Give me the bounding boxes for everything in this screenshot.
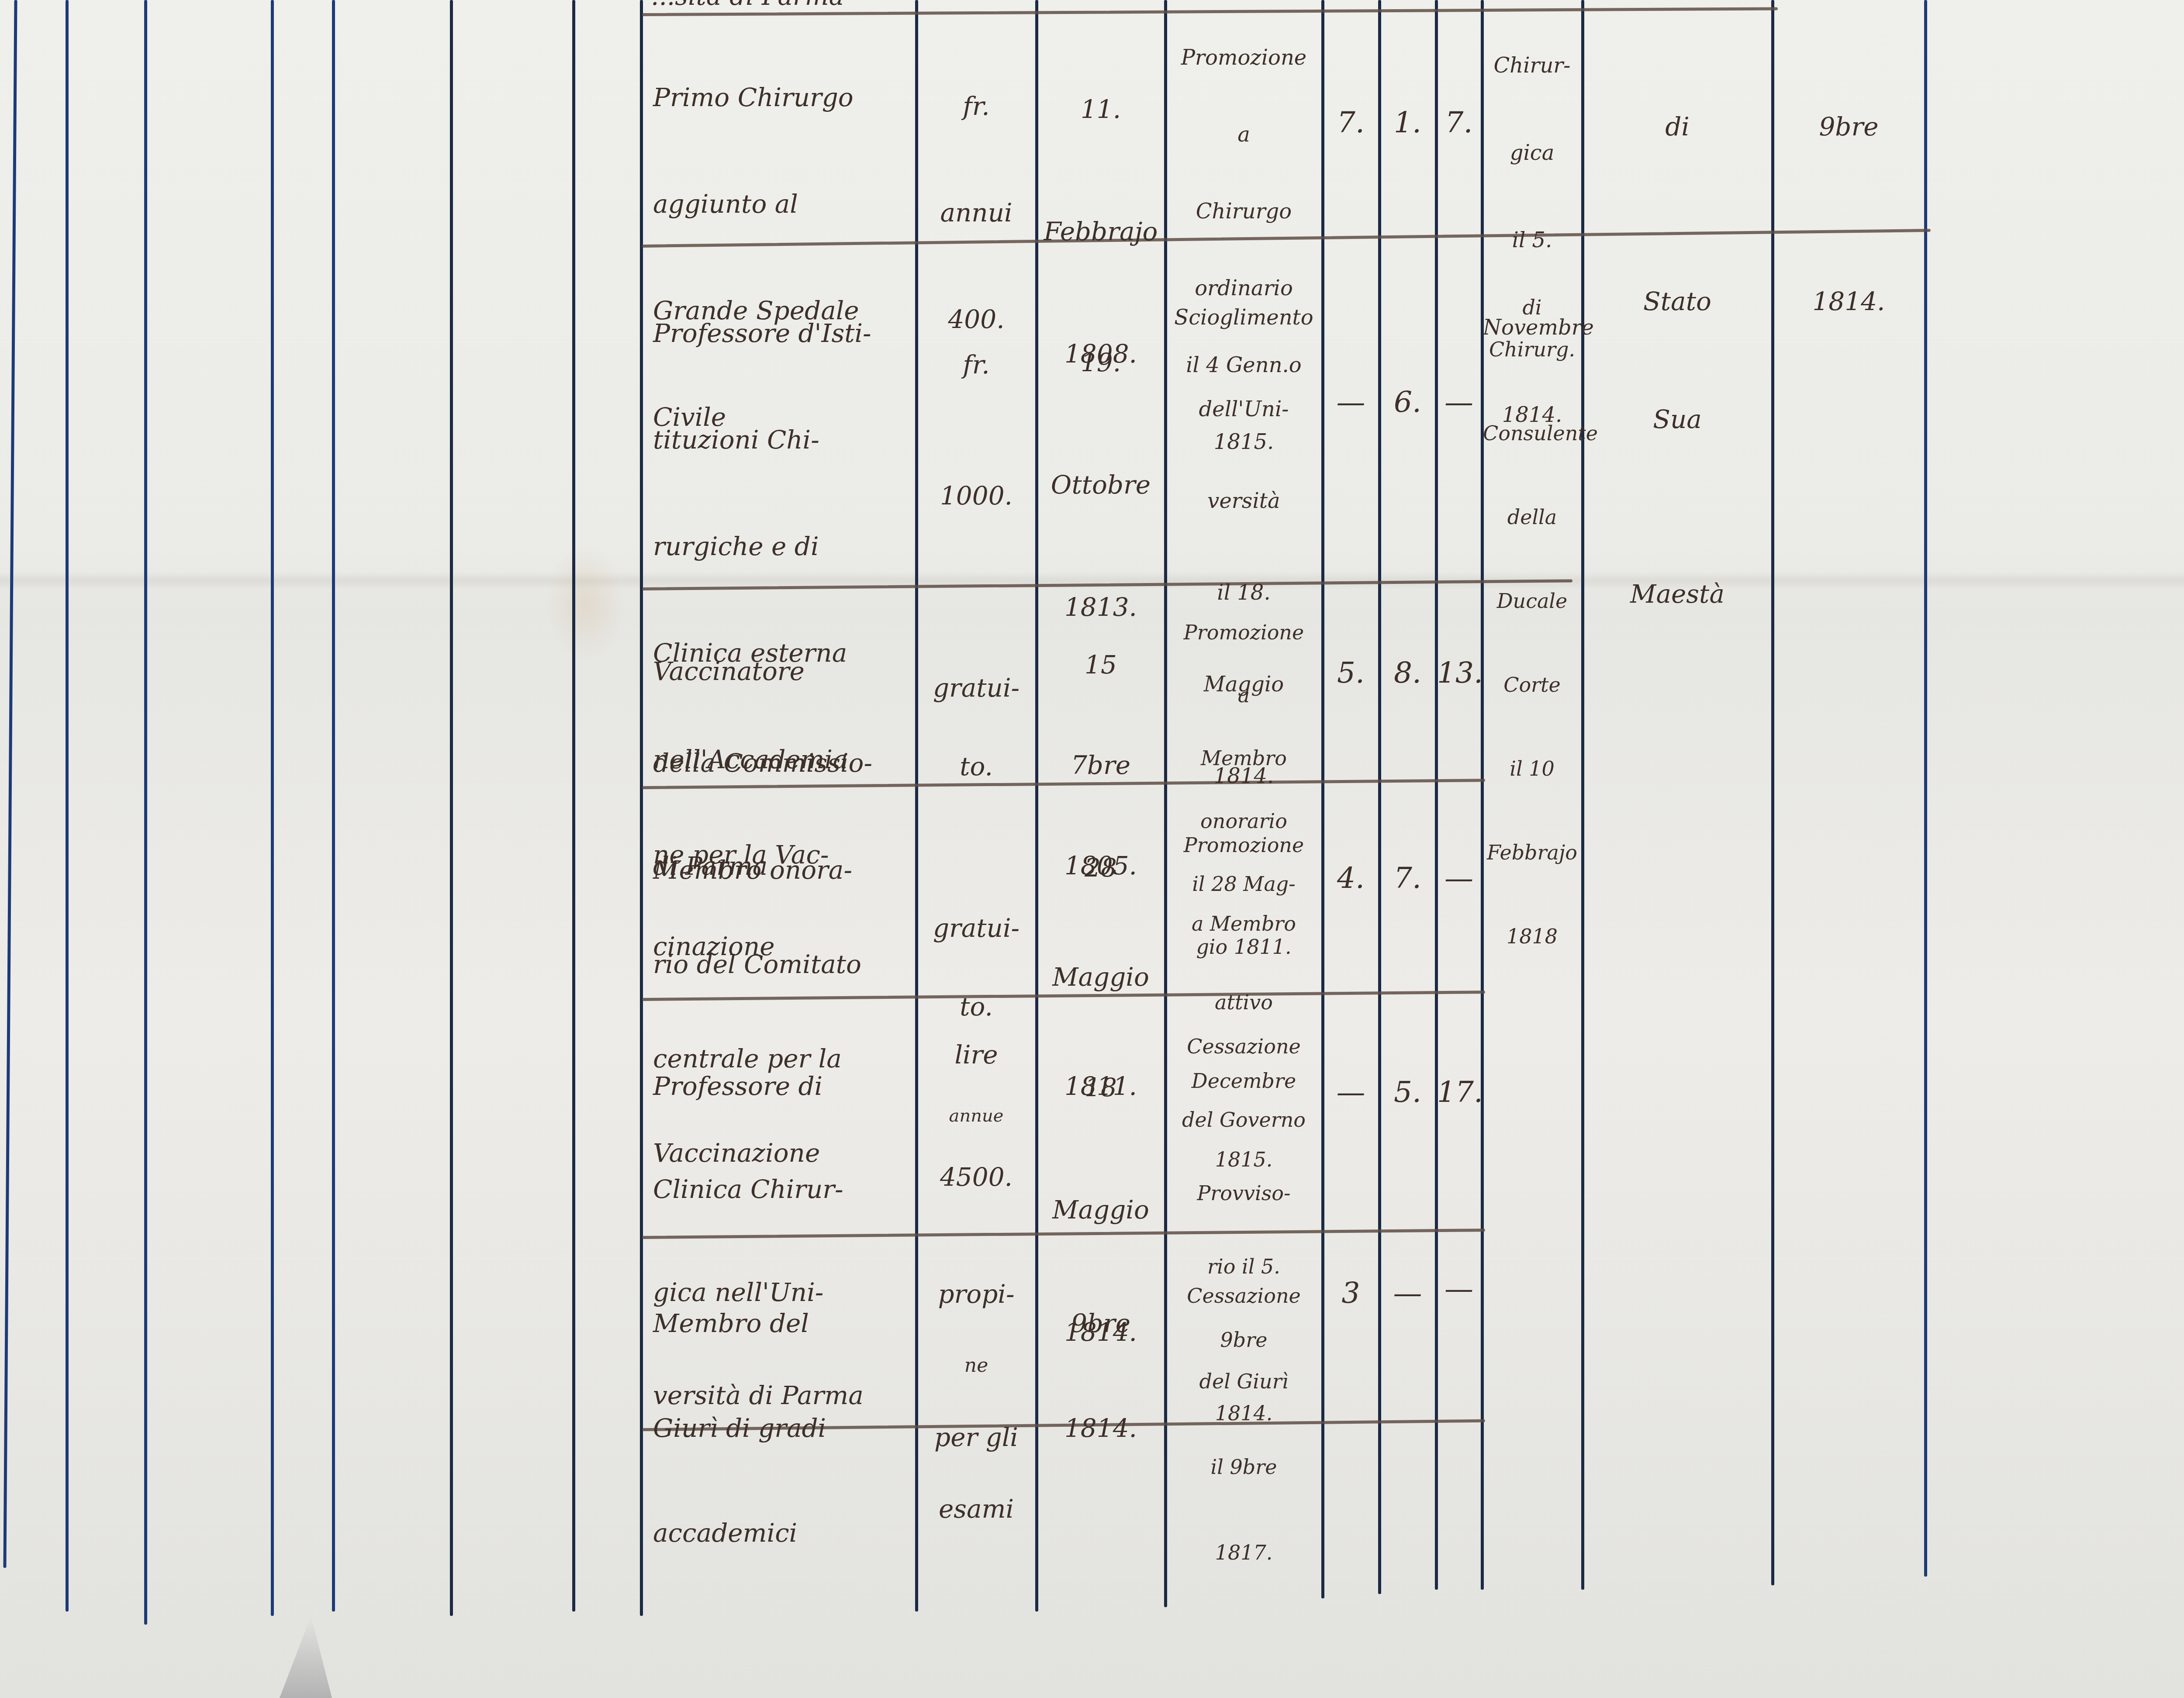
row-5-months: — (1380, 1267, 1435, 1320)
row-5-post: Membro del Giurì di gradi accademici (653, 1245, 915, 1612)
column-rule-years-left (1321, 0, 1324, 1598)
row-2-salary: gratui- to. (917, 629, 1035, 825)
column-rule-days-left (1435, 0, 1438, 1590)
row-4-years: — (1324, 1066, 1378, 1119)
row-4-days: 17. (1437, 1066, 1481, 1119)
row-3-days: — (1437, 852, 1481, 905)
row-0-years: 7. (1324, 96, 1378, 149)
row-2-years: 5. (1324, 646, 1378, 700)
row-1-months: 6. (1380, 376, 1435, 429)
column-rule (332, 0, 335, 1612)
row-5-salary: propi- ne per gli esami (917, 1240, 1035, 1563)
column-rule-right-edge (1924, 0, 1927, 1577)
row-1-days: — (1437, 376, 1481, 429)
column-rule-months-left (1378, 0, 1381, 1594)
photo-shadow (280, 1616, 332, 1698)
column-rule (572, 0, 575, 1612)
row-3-years: 4. (1324, 852, 1378, 905)
row-1-authority: Sua Maestà (1583, 288, 1771, 725)
row-0-last-date: 9bre 1814. (1773, 0, 1924, 432)
row-1-nomination: di Chirurg. Consulente della Ducale Cort… (1483, 245, 1581, 999)
row-2-days: 13. (1437, 646, 1481, 700)
column-rule (271, 0, 274, 1616)
row-5-date: 9bre 1814. (1037, 1245, 1164, 1507)
column-rule (3, 0, 17, 1568)
ledger-page: ...sità di Parma Primo Chirurgo aggiunto… (0, 0, 2184, 1698)
row-5-years: 3 (1324, 1267, 1378, 1320)
row-3-months: 7. (1380, 852, 1435, 905)
row-5-cessation: Cessazione del Giurì il 9bre 1817. (1166, 1232, 1321, 1617)
row-1-years: — (1324, 376, 1378, 429)
column-rule-post-left (640, 0, 643, 1616)
row-2-months: 8. (1380, 646, 1435, 700)
paper-stain (546, 546, 625, 659)
row-0-months: 1. (1380, 96, 1435, 149)
row-4-months: 5. (1380, 1066, 1435, 1119)
row-1-salary: fr. 1000. (917, 266, 1035, 594)
column-rule (66, 0, 69, 1612)
row-4-salary: lire annue 4500. (917, 1009, 1035, 1223)
row-5-days: — (1437, 1262, 1481, 1315)
row-0-days: 7. (1437, 96, 1481, 149)
column-rule (144, 0, 147, 1625)
column-rule (450, 0, 453, 1616)
